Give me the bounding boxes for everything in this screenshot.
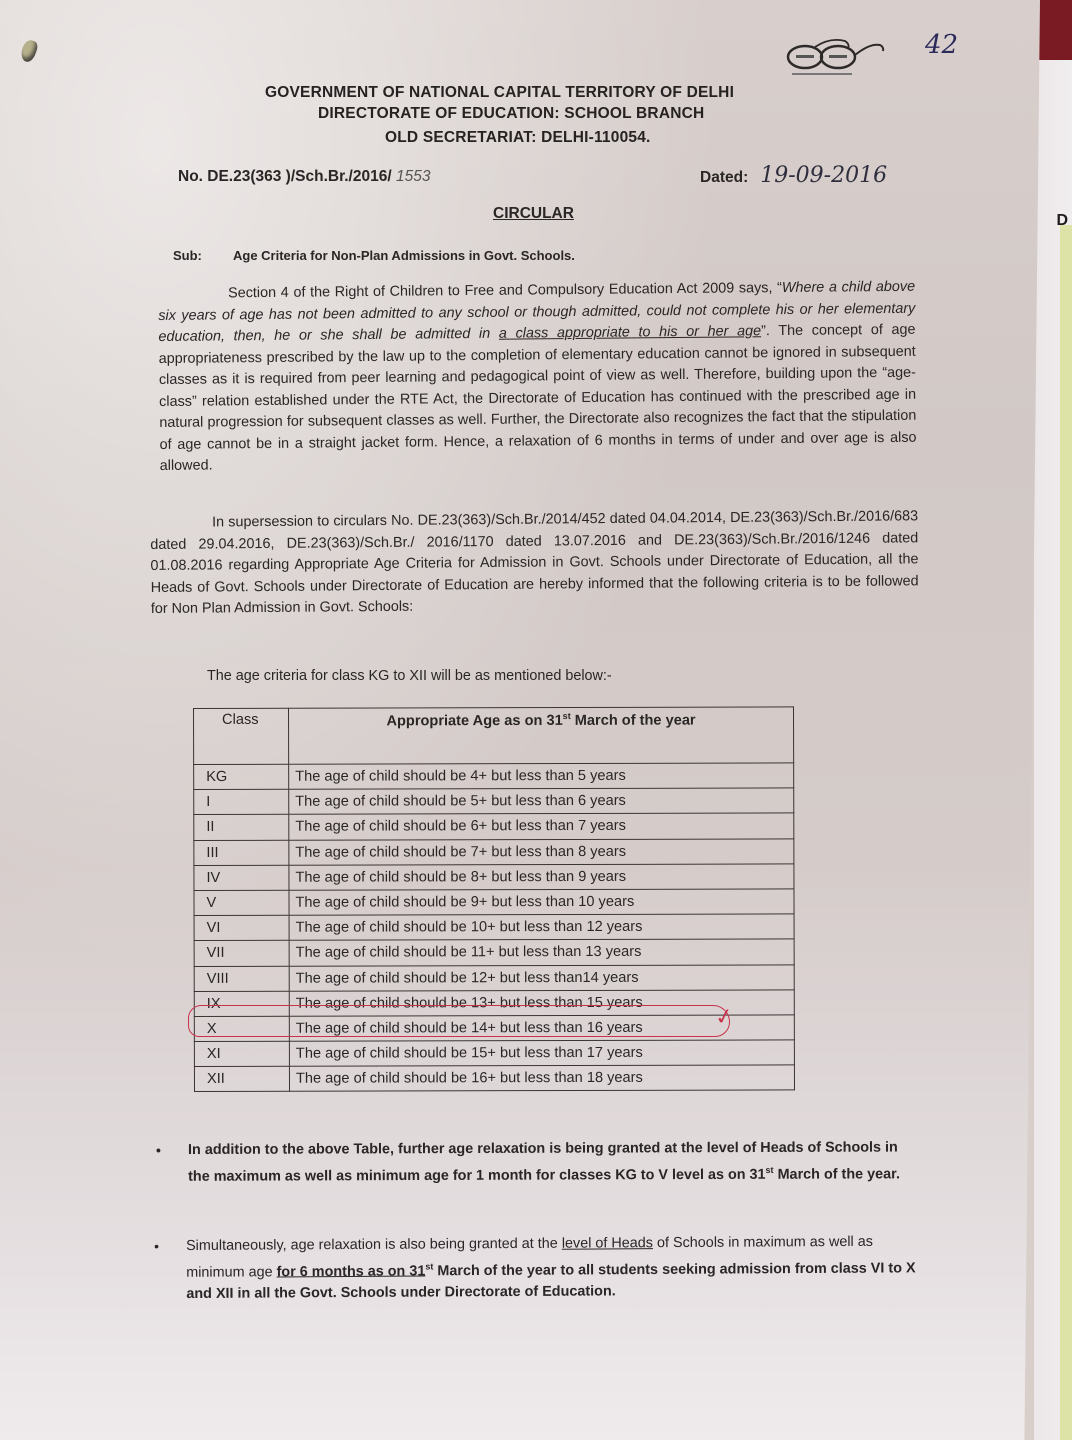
swachh-bharat-glasses-icon xyxy=(780,35,890,80)
punch-hole xyxy=(19,38,40,63)
age-criteria-cell: The age of child should be 12+ but less … xyxy=(289,964,794,991)
subject-label: Sub: xyxy=(173,248,233,263)
table-row: KGThe age of child should be 4+ but less… xyxy=(194,763,794,790)
class-cell: VII xyxy=(194,941,289,966)
class-cell: V xyxy=(194,890,289,915)
rte-quote-underlined: a class appropriate to his or her age xyxy=(499,323,761,342)
subject-line: Sub:Age Criteria for Non-Plan Admissions… xyxy=(173,248,575,263)
age-criteria-table: Class Appropriate Age as on 31st March o… xyxy=(193,706,795,1092)
reference-number-prefix: No. DE.23(363 )/Sch.Br./2016/ xyxy=(178,168,396,185)
table-intro: The age criteria for class KG to XII wil… xyxy=(207,668,612,684)
table-row: XIThe age of child should be 15+ but les… xyxy=(194,1040,794,1067)
table-row: IIIThe age of child should be 7+ but les… xyxy=(194,838,794,865)
age-criteria-cell: The age of child should be 6+ but less t… xyxy=(289,813,794,840)
reference-number-handwritten: 1553 xyxy=(396,168,430,185)
age-criteria-cell: The age of child should be 7+ but less t… xyxy=(289,838,794,865)
table-row: IThe age of child should be 5+ but less … xyxy=(194,788,794,815)
table-header-row: Class Appropriate Age as on 31st March o… xyxy=(194,707,794,765)
class-cell: II xyxy=(194,815,289,840)
background-yellow-sheet xyxy=(1060,225,1072,1440)
age-criteria-cell: The age of child should be 16+ but less … xyxy=(289,1065,794,1092)
header-appropriate-age: Appropriate Age as on 31st March of the … xyxy=(289,707,794,764)
class-cell: KG xyxy=(194,764,289,789)
table-row: VIIIThe age of child should be 12+ but l… xyxy=(194,964,794,991)
header-class: Class xyxy=(194,708,289,764)
table-row: VIThe age of child should be 10+ but les… xyxy=(194,914,794,941)
age-criteria-cell: The age of child should be 9+ but less t… xyxy=(289,889,794,916)
table-row: XThe age of child should be 14+ but less… xyxy=(194,1015,794,1042)
table-row: IIThe age of child should be 6+ but less… xyxy=(194,813,794,840)
class-cell: X xyxy=(194,1016,289,1041)
class-cell: VIII xyxy=(194,966,289,991)
background-page-letter: D xyxy=(1056,212,1068,230)
table-row: XIIThe age of child should be 16+ but le… xyxy=(194,1065,794,1092)
bullet-icon: • xyxy=(156,1140,161,1162)
header-government: GOVERNMENT OF NATIONAL CAPITAL TERRITORY… xyxy=(265,84,734,102)
header-directorate: DIRECTORATE OF EDUCATION: SCHOOL BRANCH xyxy=(318,105,704,123)
date-handwritten: 19-09-2016 xyxy=(760,163,887,188)
header-address: OLD SECRETARIAT: DELHI-110054. xyxy=(385,129,651,147)
age-criteria-cell: The age of child should be 15+ but less … xyxy=(289,1040,794,1067)
subject-text: Age Criteria for Non-Plan Admissions in … xyxy=(233,248,575,263)
table-row: VThe age of child should be 9+ but less … xyxy=(194,889,794,916)
document-title: CIRCULAR xyxy=(493,205,574,223)
age-criteria-cell: The age of child should be 8+ but less t… xyxy=(289,864,794,891)
class-cell: III xyxy=(194,840,289,865)
date-label: Dated: xyxy=(700,169,748,186)
class-cell: XI xyxy=(194,1041,289,1066)
class-cell: VI xyxy=(194,915,289,940)
class-cell: IX xyxy=(194,991,289,1016)
table-row: IVThe age of child should be 8+ but less… xyxy=(194,864,794,891)
date-line: Dated:19-09-2016 xyxy=(700,163,887,188)
age-criteria-cell: The age of child should be 4+ but less t… xyxy=(289,763,794,790)
age-criteria-cell: The age of child should be 11+ but less … xyxy=(289,939,794,966)
handwritten-page-number: 42 xyxy=(925,30,958,60)
table-row: IXThe age of child should be 13+ but les… xyxy=(194,990,794,1017)
bullet-relaxation-vi-xii: • Simultaneously, age relaxation is also… xyxy=(186,1232,921,1306)
reference-number: No. DE.23(363 )/Sch.Br./2016/ 1553 xyxy=(178,168,430,186)
age-criteria-cell: The age of child should be 5+ but less t… xyxy=(289,788,794,815)
paragraph-intro: Section 4 of the Right of Children to Fr… xyxy=(228,280,782,301)
bullet-relaxation-kg-v: • In addition to the above Table, furthe… xyxy=(188,1137,918,1187)
class-cell: IV xyxy=(194,865,289,890)
paragraph-rte-section: Section 4 of the Right of Children to Fr… xyxy=(158,277,917,478)
circular-document: 42 GOVERNMENT OF NATIONAL CAPITAL TERRIT… xyxy=(0,0,1040,1440)
class-cell: XII xyxy=(194,1066,289,1091)
bullet-icon: • xyxy=(154,1236,159,1258)
class-cell: I xyxy=(194,789,289,814)
table-row: VIIThe age of child should be 11+ but le… xyxy=(194,939,794,966)
age-criteria-cell: The age of child should be 10+ but less … xyxy=(289,914,794,941)
paragraph-rest: ”. The concept of age appropriateness pr… xyxy=(159,322,917,474)
paragraph-supersession: In supersession to circulars No. DE.23(3… xyxy=(150,506,919,620)
